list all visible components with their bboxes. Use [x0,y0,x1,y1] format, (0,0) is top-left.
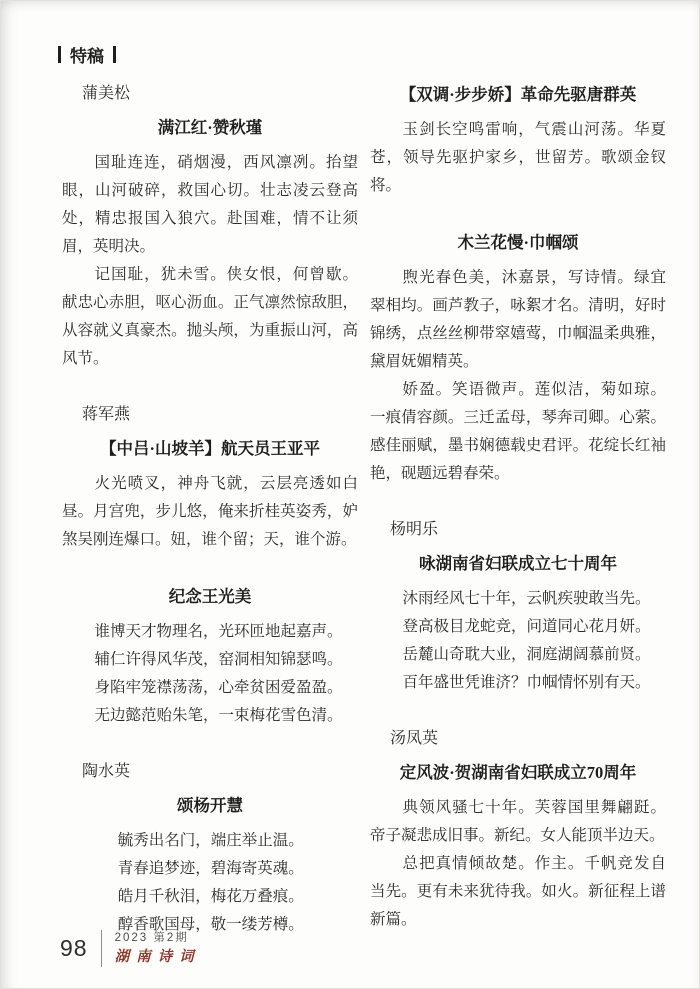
poem-line: 毓秀出名门，端庄举止温。 [62,827,358,855]
poem-body: 毓秀出名门，端庄举止温。青春追梦迹，碧海寄英魂。皓月千秋泪，梅花万叠痕。醇香歌国… [62,827,358,939]
poem-section: 蒋军燕 【中吕·山坡羊】航天员王亚平 火光喷叉，神舟飞就，云层亮透如白昼。月宫兜… [62,403,358,554]
section-header: 特稿 [58,42,116,67]
poem-section: 汤凤英 定风波·贺湖南省妇联成立70周年 典领风骚七十年。芙蓉国里舞翩跹。帝子凝… [370,727,666,934]
poem-section: 蒲美松 满江红·赞秋瑾 国耻连连，硝烟漫，西风凛冽。抬望眼，山河破碎，救国心切。… [62,82,358,373]
poem-section: 木兰花慢·巾帼颂 煦光春色美，沐嘉景，写诗情。绿宜翠相均。画芦教子，咏絮才名。清… [370,230,666,488]
poem-line: 百年盛世凭谁济？巾帼情怀别有天。 [370,669,666,697]
poem-paragraph: 火光喷叉，神舟飞就，云层亮透如白昼。月宫兜，步儿悠，俺来折桂英姿秀，妒煞吴刚连爆… [62,470,358,554]
poem-paragraph: 记国耻，犹未雪。侠女恨，何曾歇。献忠心赤胆，呕心沥血。正气凛然惊敌胆，从容就义真… [62,261,358,373]
poem-body: 谁博天才物理名，光环匝地起嘉声。辅仁许得风华茂，窑洞相知锦瑟鸣。身陷牢笼襟荡荡，… [62,618,358,730]
right-column: 【双调·步步娇】革命先驱唐群英 玉剑长空鸣雷响，气震山河荡。华夏苍，领导先驱护家… [370,82,666,969]
poem-line: 辅仁许得风华茂，窑洞相知锦瑟鸣。 [62,646,358,674]
poem-author: 蒲美松 [82,82,358,106]
poem-author: 陶水英 [82,760,358,784]
poem-author: 汤凤英 [390,727,666,751]
poem-line: 沐雨经风七十年，云帆疾驶敢当先。 [370,585,666,613]
poem-title: 满江红·赞秋瑾 [62,115,358,141]
poem-section: 陶水英 颂杨开慧 毓秀出名门，端庄举止温。青春追梦迹，碧海寄英魂。皓月千秋泪，梅… [62,760,358,939]
poem-body: 玉剑长空鸣雷响，气震山河荡。华夏苍，领导先驱护家乡，世留芳。歌颂金钗将。 [370,116,666,200]
poem-title: 【双调·步步娇】革命先驱唐群英 [370,82,666,108]
poem-paragraph: 典领风骚七十年。芙蓉国里舞翩跹。帝子凝悲成旧事。新纪。女人能顶半边天。 [370,794,666,850]
poem-line: 皓月千秋泪，梅花万叠痕。 [62,883,358,911]
poem-section: 纪念王光美 谁博天才物理名，光环匝地起嘉声。辅仁许得风华茂，窑洞相知锦瑟鸣。身陷… [62,584,358,730]
poem-author: 杨明乐 [390,518,666,542]
header-bar-right-icon [113,46,116,63]
poem-line: 青春追梦迹，碧海寄英魂。 [62,855,358,883]
issue-info: 2023 第2期 [115,931,201,946]
poem-paragraph: 国耻连连，硝烟漫，西风凛冽。抬望眼，山河破碎，救国心切。壮志凌云登高处，精忠报国… [62,149,358,261]
poem-body: 沐雨经风七十年，云帆疾驶敢当先。登高极目龙蛇竞，问道同心花月妍。岳麓山奇耽大业，… [370,585,666,697]
poem-paragraph: 玉剑长空鸣雷响，气震山河荡。华夏苍，领导先驱护家乡，世留芳。歌颂金钗将。 [370,116,666,200]
issue-block: 2023 第2期 湖南诗词 [115,931,201,967]
poem-paragraph: 煦光春色美，沐嘉景，写诗情。绿宜翠相均。画芦教子，咏絮才名。清明，好时锦绣，点丝… [370,264,666,376]
poem-line: 登高极目龙蛇竞，问道同心花月妍。 [370,613,666,641]
page-number: 98 [60,935,88,962]
poem-body: 典领风骚七十年。芙蓉国里舞翩跹。帝子凝悲成旧事。新纪。女人能顶半边天。总把真情倾… [370,794,666,934]
poem-section: 杨明乐 咏湖南省妇联成立七十周年 沐雨经风七十年，云帆疾驶敢当先。登高极目龙蛇竞… [370,518,666,697]
magazine-name: 湖南诗词 [115,948,201,967]
page-footer: 98 2023 第2期 湖南诗词 [60,930,201,967]
poem-title: 定风波·贺湖南省妇联成立70周年 [370,760,666,786]
poem-line: 岳麓山奇耽大业，洞庭湖阔慕前贤。 [370,641,666,669]
poem-title: 【中吕·山坡羊】航天员王亚平 [62,436,358,462]
left-column: 蒲美松 满江红·赞秋瑾 国耻连连，硝烟漫，西风凛冽。抬望眼，山河破碎，救国心切。… [62,82,358,969]
poem-body: 火光喷叉，神舟飞就，云层亮透如白昼。月宫兜，步儿悠，俺来折桂英姿秀，妒煞吴刚连爆… [62,470,358,554]
poem-body: 煦光春色美，沐嘉景，写诗情。绿宜翠相均。画芦教子，咏絮才名。清明，好时锦绣，点丝… [370,264,666,488]
magazine-page: 特稿 蒲美松 满江红·赞秋瑾 国耻连连，硝烟漫，西风凛冽。抬望眼，山河破碎，救国… [0,0,700,989]
poem-body: 国耻连连，硝烟漫，西风凛冽。抬望眼，山河破碎，救国心切。壮志凌云登高处，精忠报国… [62,149,358,373]
poem-columns: 蒲美松 满江红·赞秋瑾 国耻连连，硝烟漫，西风凛冽。抬望眼，山河破碎，救国心切。… [62,82,666,969]
poem-line: 谁博天才物理名，光环匝地起嘉声。 [62,618,358,646]
poem-title: 木兰花慢·巾帼颂 [370,230,666,256]
poem-paragraph: 娇盈。笑语微声。莲似洁，菊如琼。一痕倩容颜。三迁孟母，琴奔司卿。心萦。感佳丽赋，… [370,376,666,488]
header-label: 特稿 [70,42,104,67]
poem-section: 【双调·步步娇】革命先驱唐群英 玉剑长空鸣雷响，气震山河荡。华夏苍，领导先驱护家… [370,82,666,200]
footer-divider [101,930,102,967]
poem-author: 蒋军燕 [82,403,358,427]
header-bar-left-icon [58,46,61,63]
poem-line: 身陷牢笼襟荡荡，心牵贫困爱盈盈。 [62,674,358,702]
poem-paragraph: 总把真情倾故楚。作主。千帆竞发自当先。更有未来犹待我。如火。新征程上谱新篇。 [370,850,666,934]
poem-title: 咏湖南省妇联成立七十周年 [370,551,666,577]
poem-line: 无边懿范贻朱笔，一束梅花雪色清。 [62,702,358,730]
poem-title: 纪念王光美 [62,584,358,610]
poem-title: 颂杨开慧 [62,793,358,819]
